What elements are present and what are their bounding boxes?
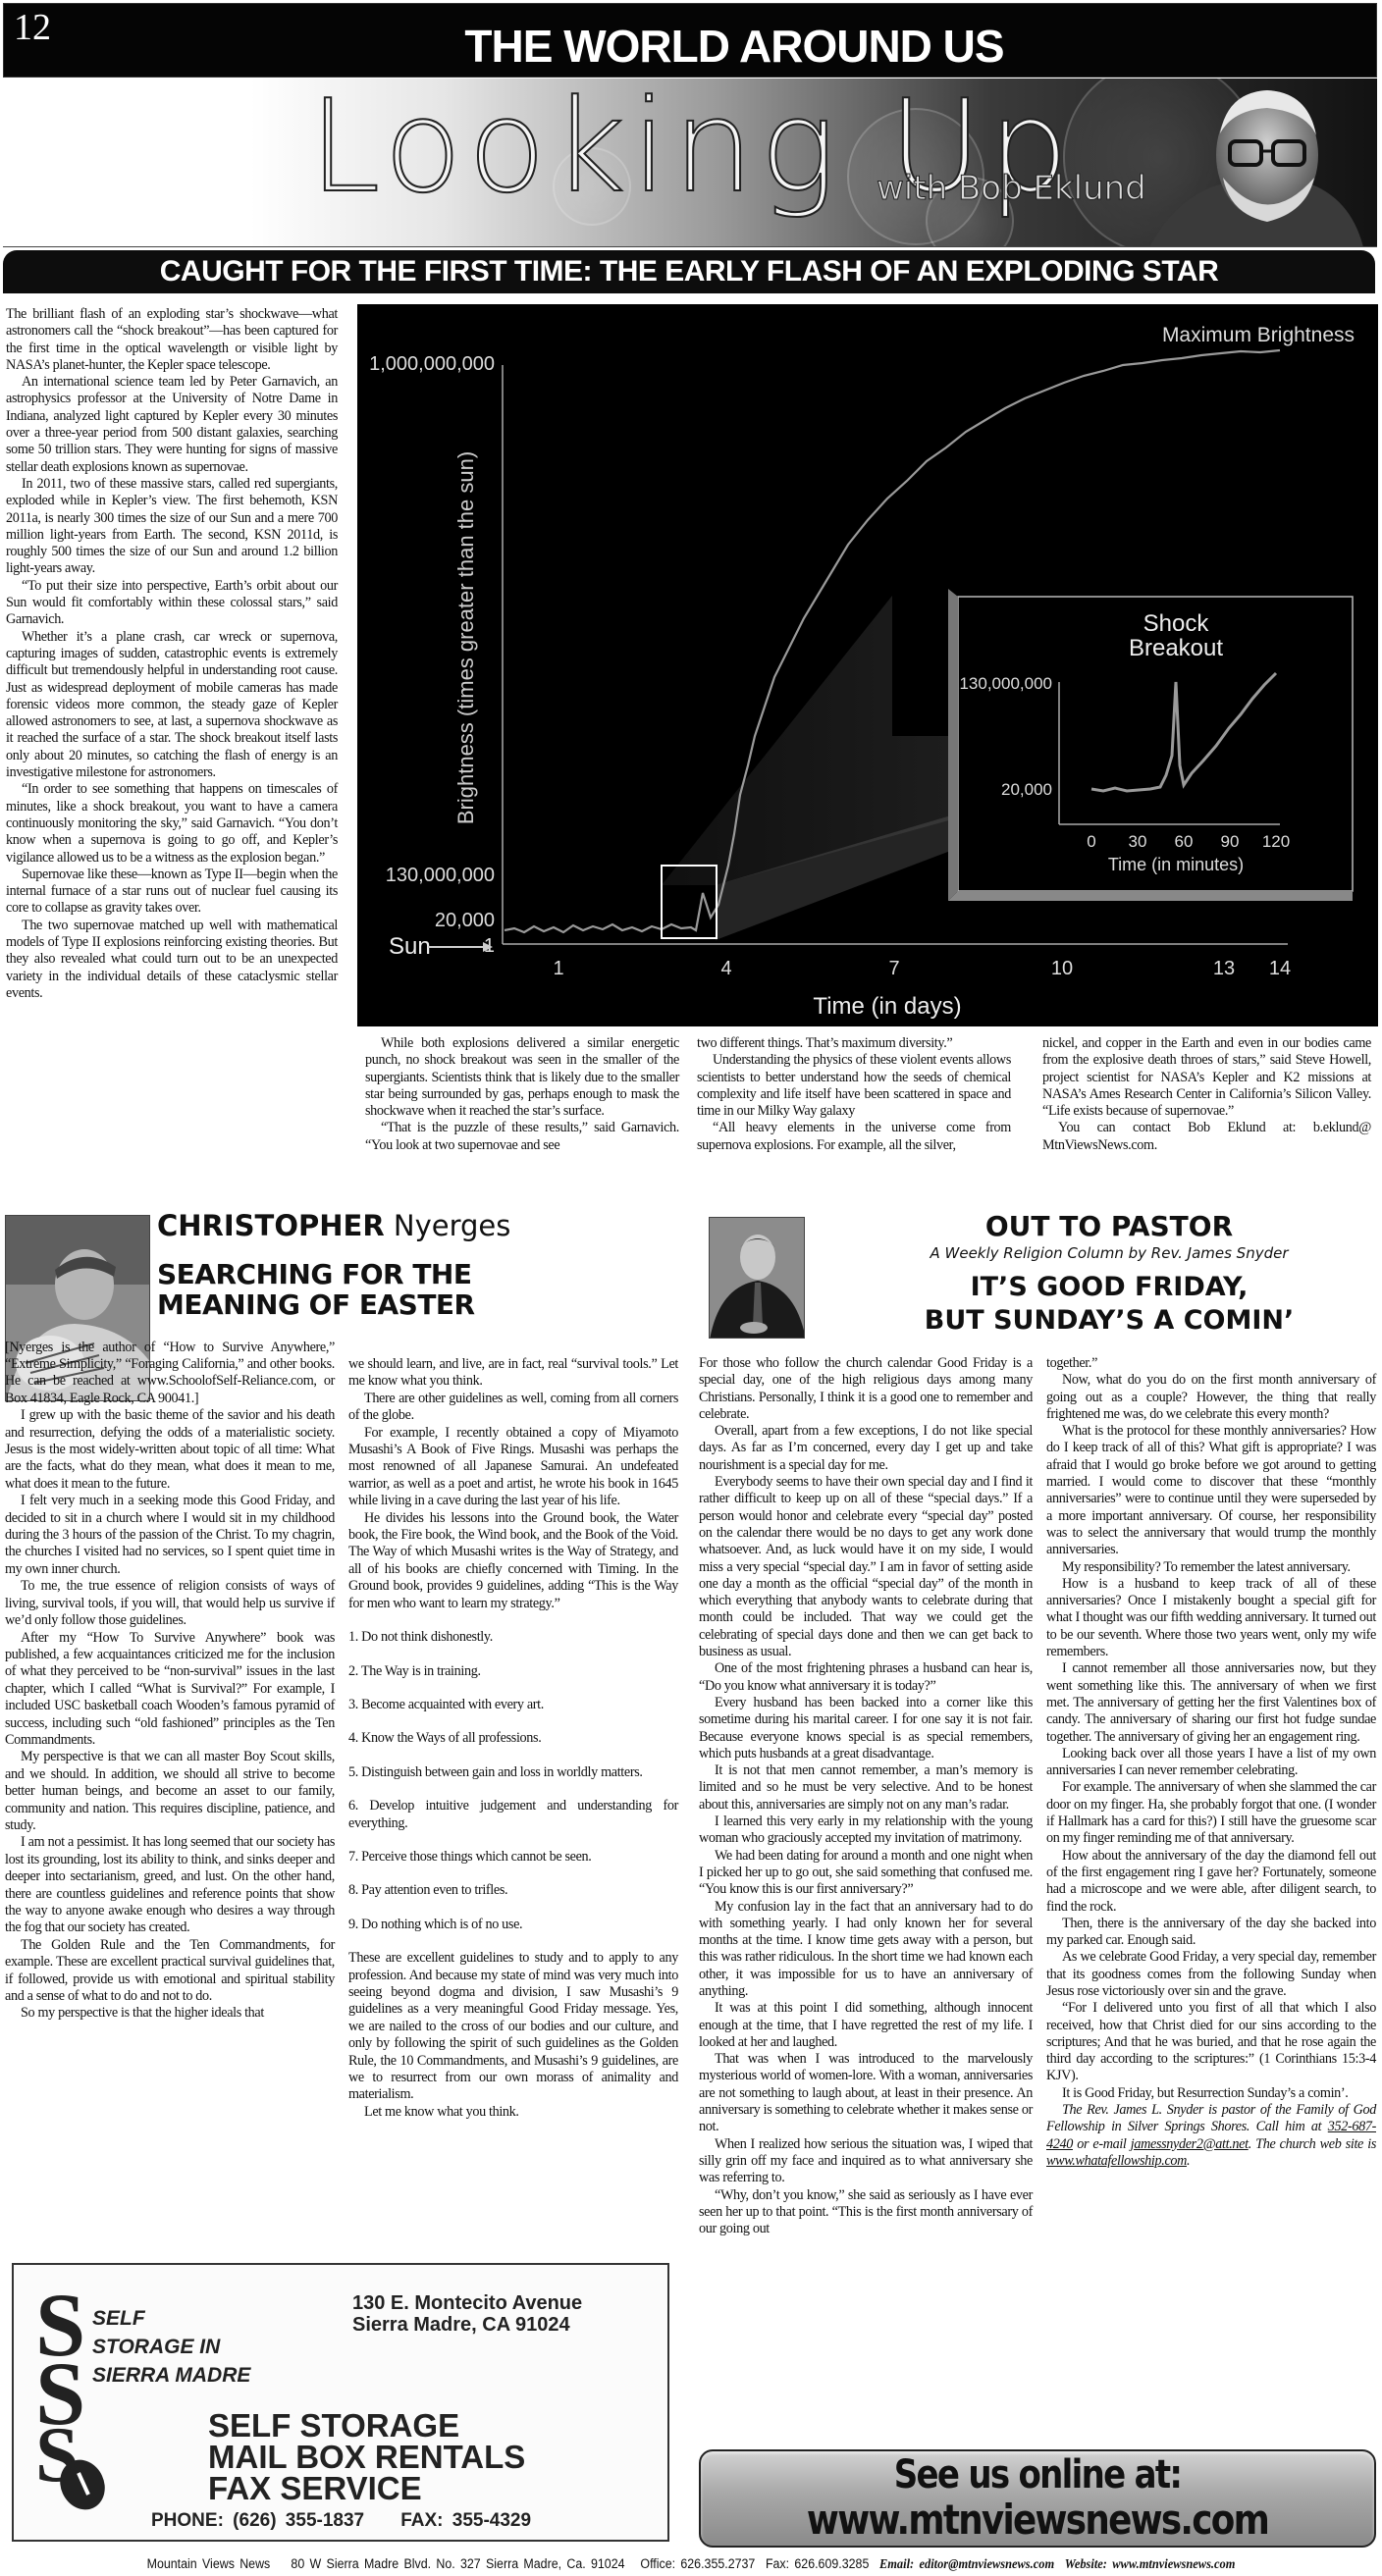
pastor-column-1: For those who follow the church calendar… <box>699 1355 1033 2237</box>
online-line-1: See us online at: <box>751 2451 1323 2498</box>
lead-headline: CAUGHT FOR THE FIRST TIME: THE EARLY FLA… <box>3 250 1375 293</box>
nyerges-column-1: [Nyerges is the author of “How to Surviv… <box>5 1356 335 2023</box>
author-photo-snyder <box>709 1217 805 1339</box>
guideline-item: 6. Develop intuitive judgement and under… <box>348 1798 678 1832</box>
lead-article-column-2: While both explosions delivered a simila… <box>365 1035 679 1154</box>
x-axis-label: Time (in days) <box>813 993 961 1020</box>
paragraph: We had been dating for around a month an… <box>699 1848 1033 1899</box>
tagline-line: SELF <box>92 2304 250 2333</box>
tagline-line: SIERRA MADRE <box>92 2361 250 2390</box>
paragraph: My confusion lay in the fact that an ann… <box>699 1899 1033 2001</box>
paragraph: “To put their size into perspective, Ear… <box>6 578 338 629</box>
author-bio-full: [Nyerges is the author of “How to Surviv… <box>5 1340 335 1408</box>
self-storage-ad: S S S SELF STORAGE IN SIERRA MADRE 130 E… <box>12 2263 669 2542</box>
paragraph: Overall, apart from a few exceptions, I … <box>699 1423 1033 1474</box>
ad-tagline: SELF STORAGE IN SIERRA MADRE <box>92 2304 250 2390</box>
paragraph: Looking back over all those years I have… <box>1046 1746 1376 1780</box>
max-brightness-label: Maximum Brightness <box>1162 324 1355 346</box>
column-banner: Looking Up with Bob Eklund <box>3 79 1377 247</box>
paragraph: “That is the puzzle of these results,” s… <box>365 1120 679 1154</box>
service-item: SELF STORAGE <box>208 2410 525 2442</box>
email-link[interactable]: jamessnyder2@att.net <box>1131 2136 1249 2152</box>
website-link[interactable]: www.whatafellowship.com <box>1046 2153 1187 2169</box>
svg-text:90: 90 <box>1221 832 1240 851</box>
paragraph: Now, what do you do on the first month a… <box>1046 1372 1376 1423</box>
paragraph: It was at this point I did something, al… <box>699 2000 1033 2051</box>
paragraph: An international science team led by Pet… <box>6 374 338 476</box>
paragraph: How about the anniversary of the day the… <box>1046 1848 1376 1916</box>
paragraph: I learned this very early in my relation… <box>699 1814 1033 1848</box>
paper-name: Mountain Views News <box>147 2556 271 2571</box>
paragraph: After my “How To Survive Anywhere” book … <box>5 1630 335 1750</box>
tagline-line: STORAGE IN <box>92 2333 250 2361</box>
paragraph: I grew up with the basic theme of the sa… <box>5 1407 335 1493</box>
lead-article-column-4: nickel, and copper in the Earth and even… <box>1042 1035 1371 1154</box>
bio-text: . <box>1187 2153 1190 2169</box>
bio-text: . The church web site is <box>1249 2136 1376 2152</box>
y-tick-label: 1,000,000,000 <box>369 353 495 375</box>
paragraph: we should learn, and live, are in fact, … <box>348 1356 678 1391</box>
banner-byline: with Bob Eklund <box>877 169 1146 208</box>
sun-label: Sun <box>389 933 431 960</box>
pastor-headline: IT’S GOOD FRIDAY, BUT SUNDAY’S A COMIN’ <box>864 1271 1355 1338</box>
chart-svg: 1,000,000,000 130,000,000 20,000 1 Sun B… <box>357 304 1378 1026</box>
guideline-item: 7. Perceive those things which cannot be… <box>348 1849 678 1866</box>
paragraph: nickel, and copper in the Earth and even… <box>1042 1035 1371 1120</box>
paragraph: For those who follow the church calendar… <box>699 1355 1033 1423</box>
ad-services: SELF STORAGE MAIL BOX RENTALS FAX SERVIC… <box>208 2410 525 2504</box>
paragraph: Let me know what you think. <box>348 2104 678 2121</box>
paragraph: For example. The anniversary of when she… <box>1046 1779 1376 1847</box>
paragraph: For example, I recently obtained a copy … <box>348 1425 678 1510</box>
paragraph: To me, the true essence of religion cons… <box>5 1578 335 1629</box>
address-line: 130 E. Montecito Avenue <box>352 2292 582 2314</box>
column-kicker: OUT TO PASTOR <box>864 1210 1355 1242</box>
guideline-item: 2. The Way is in training. <box>348 1663 678 1680</box>
section-title: THE WORLD AROUND US <box>4 20 1376 73</box>
paragraph: In 2011, two of these massive stars, cal… <box>6 476 338 578</box>
paragraph: two different things. That’s maximum div… <box>697 1035 1011 1052</box>
svg-text:7: 7 <box>888 958 899 979</box>
paragraph: One of the most frightening phrases a hu… <box>699 1660 1033 1695</box>
email-label: Email: <box>879 2556 914 2571</box>
see-us-online-banner[interactable]: See us online at: www.mtnviewsnews.com <box>699 2449 1376 2548</box>
paragraph: The brilliant flash of an exploding star… <box>6 306 338 374</box>
svg-text:Breakout: Breakout <box>1129 635 1223 661</box>
paragraph: So my perspective is that the higher ide… <box>5 2005 335 2022</box>
paragraph: Whether it’s a plane crash, car wreck or… <box>6 629 338 782</box>
footer-website-link[interactable]: www.mtnviewsnews.com <box>1112 2556 1235 2571</box>
y-axis-label: Brightness (times greater than the sun) <box>453 451 478 824</box>
paragraph: While both explosions delivered a simila… <box>365 1035 679 1120</box>
svg-text:10: 10 <box>1051 958 1073 979</box>
column-subtitle: A Weekly Religion Column by Rev. James S… <box>864 1244 1355 1262</box>
svg-text:1: 1 <box>553 958 563 979</box>
guideline-item: 4. Know the Ways of all professions. <box>348 1730 678 1747</box>
headline-line: IT’S GOOD FRIDAY, <box>864 1271 1355 1304</box>
lead-article-column-1: The brilliant flash of an exploding star… <box>6 306 338 1002</box>
paragraph: Then, there is the anniversary of the da… <box>1046 1916 1376 1950</box>
paragraph: I am not a pessimist. It has long seemed… <box>5 1834 335 1936</box>
inset-x-axis-label: Time (in minutes) <box>1108 855 1244 874</box>
columnist-last-name: Nyerges <box>394 1209 510 1242</box>
address-line: Sierra Madre, CA 91024 <box>352 2314 582 2336</box>
pastor-column-2: together.” Now, what do you do on the fi… <box>1046 1355 1376 2170</box>
guideline-item: 9. Do nothing which is of no use. <box>348 1917 678 1933</box>
office-phone: Office: 626.355.2737 <box>640 2556 755 2571</box>
paragraph: “Why, don’t you know,” she said as serio… <box>699 2187 1033 2238</box>
svg-text:60: 60 <box>1175 832 1194 851</box>
supernova-light-curve-chart: 1,000,000,000 130,000,000 20,000 1 Sun B… <box>357 304 1378 1026</box>
footer-email-link[interactable]: editor@mtnviewsnews.com <box>919 2556 1054 2571</box>
svg-text:0: 0 <box>1087 832 1095 851</box>
ad-phone-fax: PHONE: (626) 355-1837 FAX: 355-4329 <box>151 2510 531 2532</box>
paragraph: When I realized how serious the situatio… <box>699 2136 1033 2187</box>
shock-breakout-label: Shock <box>1143 610 1210 637</box>
paragraph: It is not that men cannot remember, a ma… <box>699 1762 1033 1814</box>
author-bio: The Rev. James L. Snyder is pastor of th… <box>1046 2102 1376 2170</box>
paragraph: “In order to see something that happens … <box>6 781 338 866</box>
paragraph: I felt very much in a seeking mode this … <box>5 1493 335 1578</box>
svg-text:13: 13 <box>1213 958 1235 979</box>
paragraph: “For I delivered unto you first of all t… <box>1046 2000 1376 2084</box>
paragraph: The Golden Rule and the Ten Commandments… <box>5 1937 335 2006</box>
author-contact: You can contact Bob Eklund at: b.eklund@… <box>1042 1120 1371 1154</box>
columnist-first-name: CHRISTOPHER <box>157 1209 385 1242</box>
paragraph: It is Good Friday, but Resurrection Sund… <box>1046 2085 1376 2102</box>
y-tick-label: 20,000 <box>435 910 495 931</box>
headline-line: BUT SUNDAY’S A COMIN’ <box>864 1304 1355 1338</box>
online-website[interactable]: www.mtnviewsnews.com <box>751 2498 1323 2542</box>
guideline-item: 8. Pay attention even to trifles. <box>348 1882 678 1899</box>
nyerges-headline: SEARCHING FOR THE MEANING OF EASTER <box>157 1259 609 1321</box>
inset-y-tick: 20,000 <box>1001 780 1052 799</box>
service-item: MAIL BOX RENTALS <box>208 2442 525 2473</box>
paragraph: Supernovae like these—known as Type II—b… <box>6 867 338 918</box>
paragraph: He divides his lessons into the Ground b… <box>348 1510 678 1612</box>
paragraph: My responsibility? To remember the lates… <box>1046 1559 1376 1576</box>
bio-text: or e-mail <box>1073 2136 1131 2152</box>
lead-article-column-3: two different things. That’s maximum div… <box>697 1035 1011 1154</box>
author-portrait-eklund <box>1140 84 1365 247</box>
paragraph: What is the protocol for these monthly a… <box>1046 1423 1376 1558</box>
paragraph: My perspective is that we can all master… <box>5 1749 335 1834</box>
photo-image <box>710 1218 805 1339</box>
paragraph: That was when I was introduced to the ma… <box>699 2051 1033 2135</box>
paragraph: How is a husband to keep track of all of… <box>1046 1576 1376 1660</box>
paragraph: together.” <box>1046 1355 1376 1372</box>
svg-text:14: 14 <box>1269 958 1291 979</box>
y-tick-label: 130,000,000 <box>386 865 495 886</box>
guideline-item: 3. Become acquainted with every art. <box>348 1697 678 1713</box>
paper-address: 80 W Sierra Madre Blvd. No. 327 Sierra M… <box>291 2556 624 2571</box>
inset-y-tick: 130,000,000 <box>959 674 1052 693</box>
paragraph: As we celebrate Good Friday, a very spec… <box>1046 1949 1376 2000</box>
section-header: 12 THE WORLD AROUND US <box>3 3 1377 78</box>
paragraph: Understanding the physics of these viole… <box>697 1052 1011 1120</box>
service-item: FAX SERVICE <box>208 2473 525 2504</box>
paragraph: I cannot remember all those anniversarie… <box>1046 1660 1376 1745</box>
ad-address: 130 E. Montecito Avenue Sierra Madre, CA… <box>352 2292 582 2336</box>
x-tick-labels: 147 101314 <box>553 958 1291 979</box>
paragraph: These are excellent guidelines to study … <box>348 1950 678 2104</box>
guideline-item: 5. Distinguish between gain and loss in … <box>348 1764 678 1781</box>
paragraph: Every husband has been backed into a cor… <box>699 1695 1033 1762</box>
website-label: Website: <box>1065 2556 1107 2571</box>
nyerges-column-2: we should learn, and live, are in fact, … <box>348 1356 678 2121</box>
paragraph: “All heavy elements in the universe come… <box>697 1120 1011 1154</box>
paragraph: There are other guidelines as well, comi… <box>348 1391 678 1425</box>
page-footer: Mountain Views News 80 W Sierra Madre Bl… <box>55 2556 1326 2572</box>
paragraph: The two supernovae matched up well with … <box>6 918 338 1002</box>
paragraph: Everybody seems to have their own specia… <box>699 1474 1033 1660</box>
bio-text: The Rev. James L. Snyder is pastor of th… <box>1046 2102 1376 2134</box>
svg-text:30: 30 <box>1129 832 1147 851</box>
columnist-name: CHRISTOPHER Nyerges <box>157 1209 510 1242</box>
guideline-item: 1. Do not think dishonestly. <box>348 1629 678 1646</box>
fax-number: Fax: 626.609.3285 <box>766 2556 869 2571</box>
svg-text:120: 120 <box>1262 832 1290 851</box>
